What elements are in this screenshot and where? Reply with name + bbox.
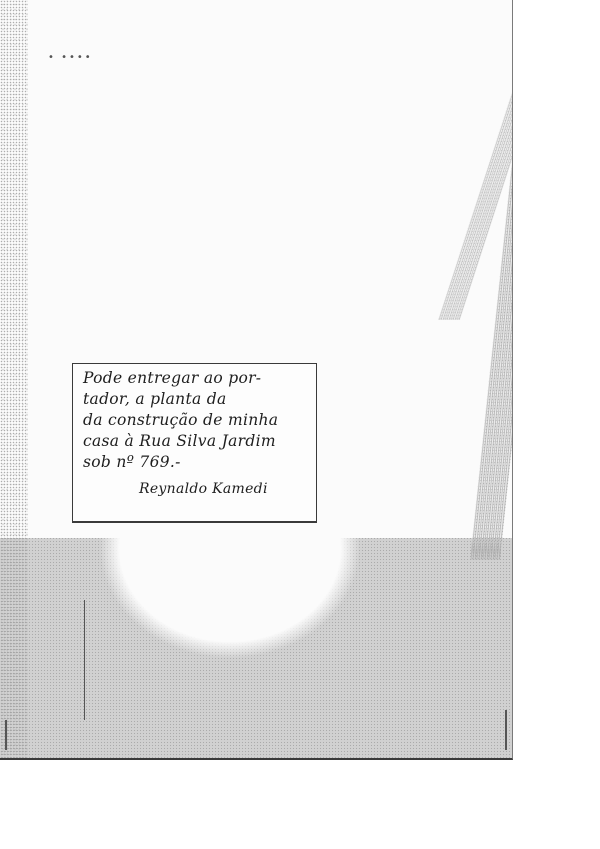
signature: Reynaldo Kamedi xyxy=(83,479,310,500)
scan-mark xyxy=(84,600,85,720)
scan-mark xyxy=(505,710,507,750)
note-line: casa à Rua Silva Jardim xyxy=(83,431,310,452)
note-line: da construção de minha xyxy=(83,410,310,431)
right-edge-stain xyxy=(470,0,513,560)
handwritten-note: Pode entregar ao por- tador, a planta da… xyxy=(72,363,317,523)
speckles: • •••• xyxy=(48,52,93,63)
scanned-page: • •••• Pode entregar ao por- tador, a pl… xyxy=(0,0,513,760)
note-line: sob nº 769.- xyxy=(83,452,310,473)
note-line: tador, a planta da xyxy=(83,389,310,410)
scan-mark xyxy=(5,720,7,750)
bottom-stain xyxy=(0,538,512,758)
note-line: Pode entregar ao por- xyxy=(83,368,310,389)
